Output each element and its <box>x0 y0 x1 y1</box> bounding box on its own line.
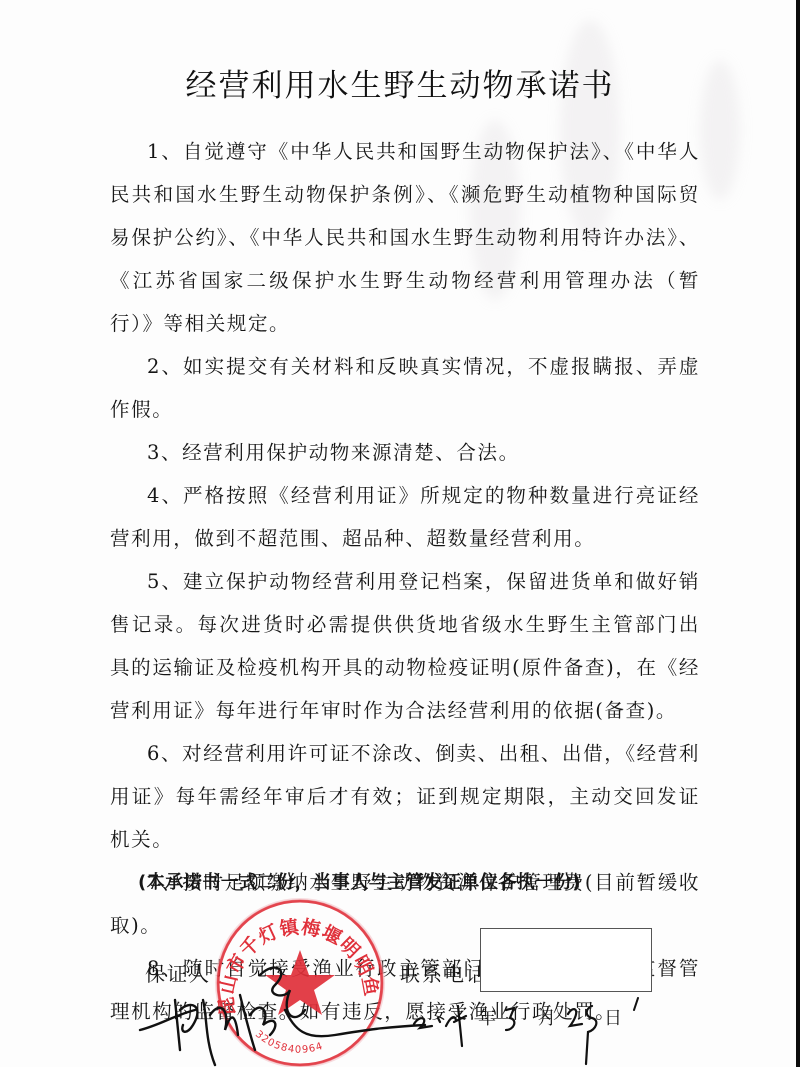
month-unit: 月 <box>538 1004 556 1030</box>
scan-border <box>796 0 800 1067</box>
clause-3: 3、经营利用保护动物来源清楚、合法。 <box>110 431 700 474</box>
clause-6: 6、对经营利用许可证不涂改、倒卖、出租、出借，《经营利用证》每年需经年审后才有效… <box>110 732 700 861</box>
phone-redaction-box <box>480 928 652 992</box>
year-unit: 年 <box>478 1004 496 1030</box>
clause-1: 1、自觉遵守《中华人民共和国野生动物保护法》、《中华人民共和国水生野生动物保护条… <box>110 130 700 345</box>
document-page: 经营利用水生野生动物承诺书 1、自觉遵守《中华人民共和国野生动物保护法》、《中华… <box>0 0 796 1067</box>
document-body: 1、自觉遵守《中华人民共和国野生动物保护法》、《中华人民共和国水生野生动物保护条… <box>110 130 700 1033</box>
copies-note: (本承诺书一式二份，当事人与主管发证单位各执一份) <box>138 868 581 894</box>
day-unit: 日 <box>604 1004 622 1030</box>
handwritten-signature-icon <box>135 955 435 1067</box>
document-title: 经营利用水生野生动物承诺书 <box>0 60 800 105</box>
clause-4: 4、严格按照《经营利用证》所规定的物种数量进行亮证经营利用，做到不超范围、超品种… <box>110 474 700 560</box>
clause-5: 5、建立保护动物经营利用登记档案，保留进货单和做好销售记录。每次进货时必需提供供… <box>110 560 700 732</box>
clause-2: 2、如实提交有关材料和反映真实情况，不虚报瞒报、弄虚作假。 <box>110 345 700 431</box>
signing-date: 年 月 日 <box>410 996 650 1066</box>
